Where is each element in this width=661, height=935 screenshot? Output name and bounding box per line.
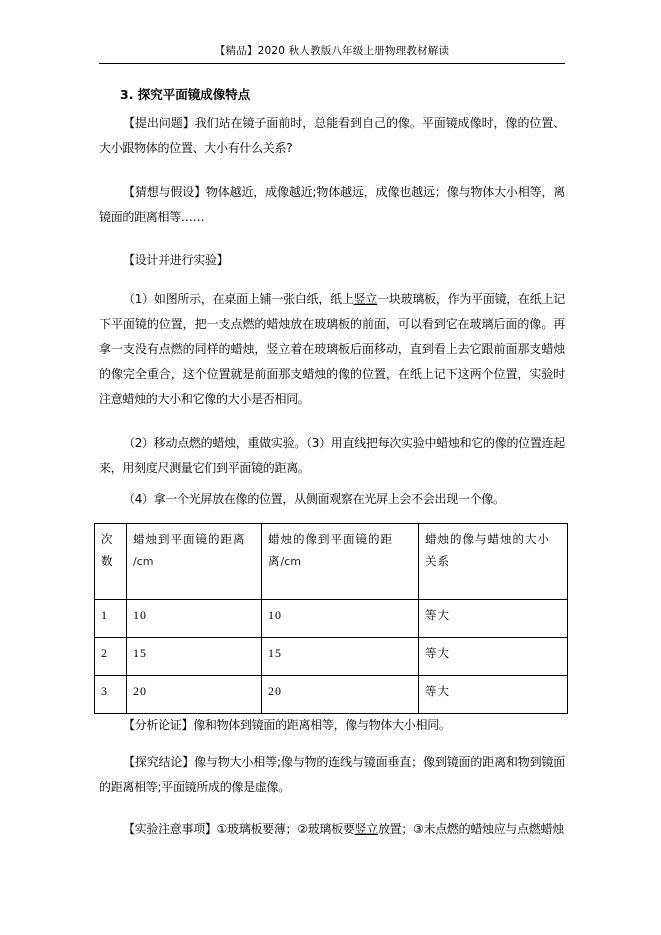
notes-text-a: 【实验注意事项】①玻璃板要薄；②玻璃板要 [123,822,355,836]
section-title: 3. 探究平面镜成像特点 [120,86,250,104]
table-header-row: 次数 蜡烛到平面镜的距离/cm 蜡烛的像到平面镜的距离/cm 蜡烛的像与蜡烛的大… [95,524,568,600]
cell-object-distance: 10 [127,600,262,638]
paragraph-hypothesis: 【猜想与假设】物体越近，成像越近;物体越远，成像也越远；像与物体大小相等，离镜面… [99,180,565,230]
table-row: 1 10 10 等大 [95,600,568,638]
cell-object-distance: 15 [127,638,262,676]
paragraph-conclusion: 【探究结论】像与物大小相等;像与物的连线与镜面垂直；像到镜面的距离和物到镜面的距… [99,750,565,800]
header-object-distance: 蜡烛到平面镜的距离/cm [127,524,262,600]
paragraph-step1: （1）如图所示，在桌面上铺一张白纸，纸上竖立一块玻璃板，作为平面镜，在纸上记下平… [99,287,565,412]
cell-object-distance: 20 [127,676,262,714]
header-trial: 次数 [95,524,127,600]
table-row: 2 15 15 等大 [95,638,568,676]
header-size-relation: 蜡烛的像与蜡烛的大小关系 [419,524,568,600]
cell-image-distance: 20 [262,676,419,714]
cell-trial: 3 [95,676,127,714]
step1-text-b: 一块玻璃板，作为平面镜，在纸上记下平面镜的位置，把一支点燃的蜡烛放在玻璃板的前面… [99,292,565,406]
step1-underlined: 竖立 [354,292,378,306]
step1-text-a: （1）如图所示，在桌面上铺一张白纸，纸上 [123,292,354,306]
notes-text-b: 放置；③未点燃的蜡烛应与点燃蜡烛 [378,822,564,836]
cell-trial: 2 [95,638,127,676]
page-header: 【精品】2020 秋人教版八年级上册物理教材解读 [99,44,565,58]
cell-image-distance: 15 [262,638,419,676]
cell-size-relation: 等大 [419,676,568,714]
cell-size-relation: 等大 [419,600,568,638]
header-image-distance: 蜡烛的像到平面镜的距离/cm [262,524,419,600]
paragraph-design-heading: 【设计并进行实验】 [99,248,565,273]
paragraph-step4: （4）拿一个光屏放在像的位置，从侧面观察在光屏上会不会出现一个像。 [99,487,565,512]
header-divider [99,63,565,64]
cell-trial: 1 [95,600,127,638]
paragraph-step2-3: （2）移动点燃的蜡烛，重做实验。（3）用直线把每次实验中蜡烛和它的像的位置连起来… [99,431,565,481]
cell-image-distance: 10 [262,600,419,638]
paragraph-analysis: 【分析论证】像和物体到镜面的距离相等，像与物体大小相同。 [99,713,565,738]
paragraph-question: 【提出问题】我们站在镜子面前时，总能看到自己的像。平面镜成像时，像的位置、大小跟… [99,111,565,161]
table-row: 3 20 20 等大 [95,676,568,714]
results-table: 次数 蜡烛到平面镜的距离/cm 蜡烛的像到平面镜的距离/cm 蜡烛的像与蜡烛的大… [94,523,568,714]
paragraph-notes: 【实验注意事项】①玻璃板要薄；②玻璃板要竖立放置；③未点燃的蜡烛应与点燃蜡烛 [99,817,565,842]
cell-size-relation: 等大 [419,638,568,676]
notes-underlined: 竖立 [355,822,378,836]
